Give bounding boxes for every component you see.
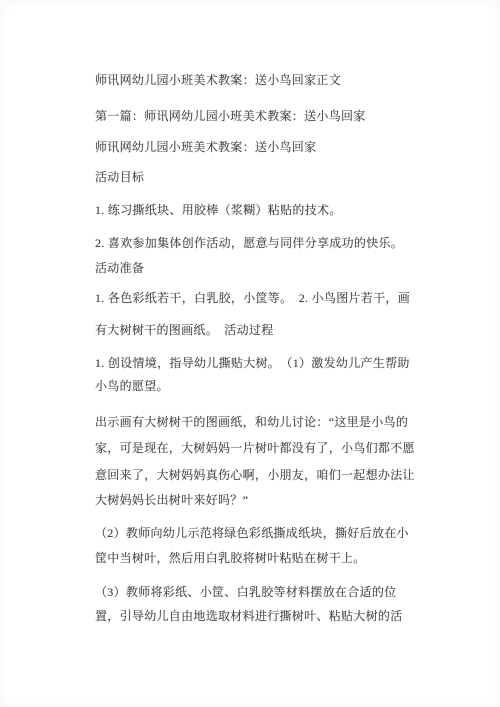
step2-line-1: （2）教师向幼儿示范将绿色彩纸撕成纸块，撕好后放在小 xyxy=(95,523,409,543)
discussion-line-1: 出示画有大树树干的图画纸，和幼儿讨论：“这里是小鸟的 xyxy=(95,412,408,432)
subtitle-line: 师讯网幼儿园小班美术教案：送小鸟回家 xyxy=(95,137,316,157)
section-activity-preparation: 活动准备 xyxy=(95,258,144,278)
process-step1-line-1: 1. 创设情境，指导幼儿撕贴大树。 （1）激发幼儿产生帮助 xyxy=(95,353,410,373)
step3-line-2: 置，引导幼儿自由地选取材料进行撕树叶、粘贴大树的活 xyxy=(95,606,403,626)
discussion-line-3: 意回来了，大树妈妈真伤心啊，小朋友，咱们一起想办法让 xyxy=(95,465,415,485)
step3-line-1: （3）教师将彩纸、小筐、白乳胶等材料摆放在合适的位 xyxy=(95,582,397,602)
step2-line-2: 筐中当树叶，然后用白乳胶将树叶粘贴在树干上。 xyxy=(95,548,366,568)
section-activity-goals: 活动目标 xyxy=(95,167,144,187)
goal-item-1: 1. 练习撕纸块、用胶棒（浆糊）粘贴的技术。 xyxy=(95,200,342,220)
goal-item-2: 2. 喜欢参加集体创作活动，愿意与同伴分享成功的快乐。 xyxy=(95,233,403,253)
part-one-heading: 第一篇：师讯网幼儿园小班美术教案：送小鸟回家 xyxy=(95,106,366,126)
preparation-line-2: 有大树树干的图画纸。 活动过程 xyxy=(95,320,274,340)
process-step1-line-2: 小鸟的愿望。 xyxy=(95,376,169,396)
discussion-line-2: 家，可是现在，大树妈妈一片树叶都没有了，小鸟们都不愿 xyxy=(95,438,415,458)
discussion-line-4: 大树妈妈长出树叶来好吗？” xyxy=(95,490,248,510)
title-line: 师讯网幼儿园小班美术教案：送小鸟回家正文 xyxy=(95,70,341,90)
document-page: 师讯网幼儿园小班美术教案：送小鸟回家正文 第一篇：师讯网幼儿园小班美术教案：送小… xyxy=(0,0,500,707)
preparation-line-1: 1. 各色彩纸若干，白乳胶，小筐等。 2. 小鸟图片若干，画 xyxy=(95,288,410,308)
